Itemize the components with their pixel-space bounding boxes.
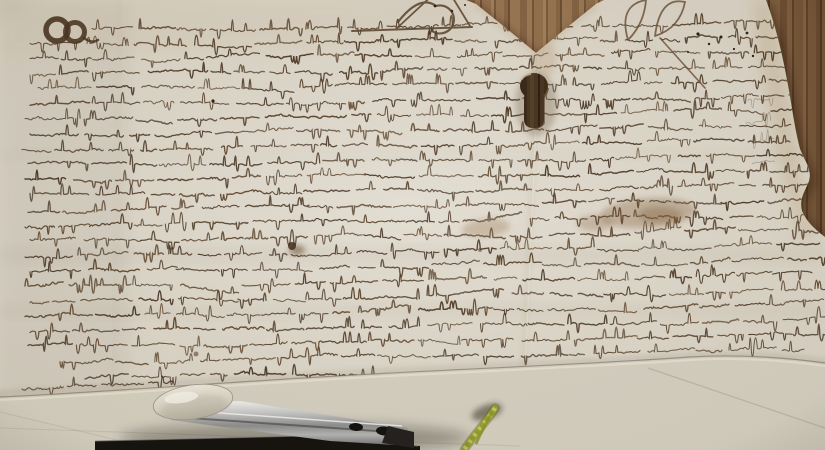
photo-of-manuscript-on-table bbox=[0, 0, 825, 450]
vignette bbox=[0, 0, 825, 450]
scene-svg bbox=[0, 0, 825, 450]
